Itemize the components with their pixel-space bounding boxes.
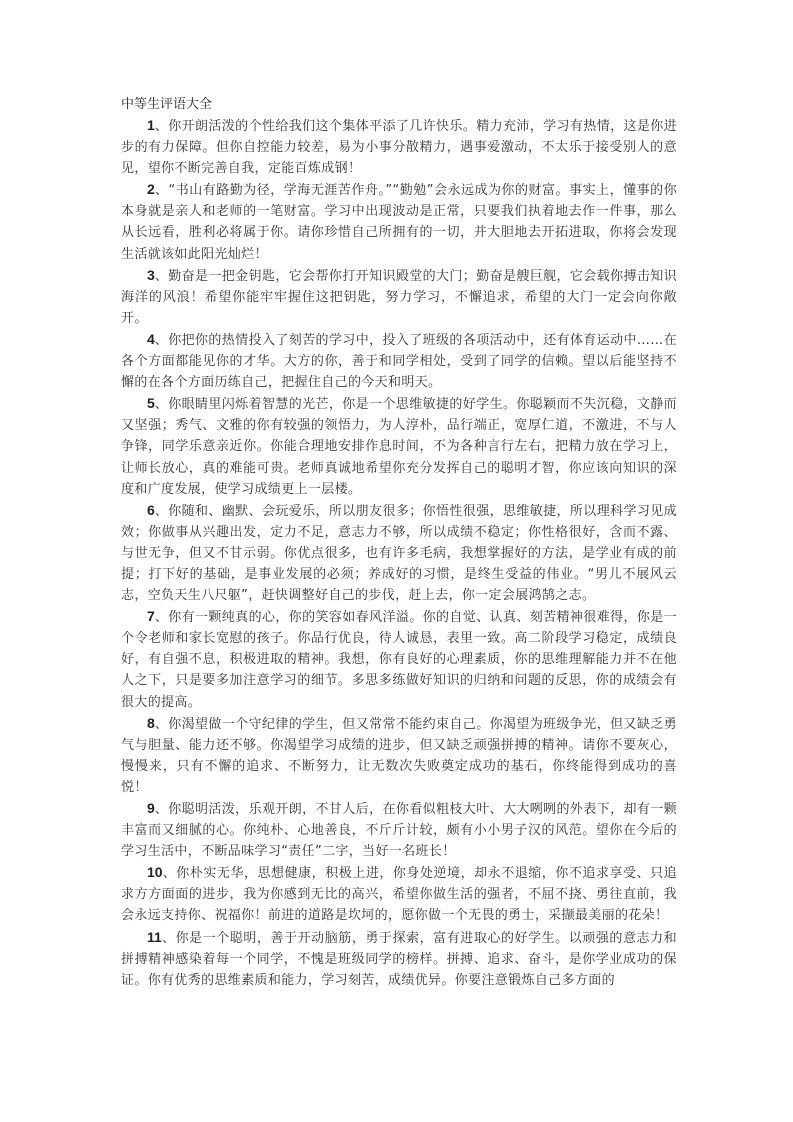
paragraph-text: 、你随和、幽默、会玩爱乐，所以朋友很多；你悟性很强，思维敏捷，所以理科学习见成效… [121, 504, 677, 603]
paragraph-text: 、你聪明活泼，乐观开朗，不甘人后，在你看似粗枝大叶、大大咧咧的外表下，却有一颗丰… [121, 802, 677, 859]
comment-paragraph-3: 3、勤奋是一把金钥匙，它会帮你打开知识殿堂的大门；勤奋是艘巨舰，它会载你搏击知识… [121, 265, 677, 329]
document-title: 中等生评语大全 [121, 94, 677, 115]
paragraph-text: 、你有一颗纯真的心，你的笑容如春风洋溢。你的自觉、认真、刻苦精神很难得，你是一个… [121, 610, 677, 709]
comment-paragraph-1: 1、你开朗活泼的个性给我们这个集体平添了几许快乐。精力充沛，学习有热情，这是你进… [121, 115, 677, 179]
comment-paragraph-11: 11、你是一个聪明，善于开动脑筋，勇于探索，富有进取心的好学生。以顽强的意志力和… [121, 927, 677, 991]
paragraph-number: 9 [147, 800, 155, 816]
paragraph-number: 2 [147, 181, 155, 197]
paragraph-number: 1 [147, 117, 155, 133]
paragraph-number: 8 [147, 715, 155, 731]
paragraph-number: 11 [147, 929, 162, 945]
paragraph-text: 、你开朗活泼的个性给我们这个集体平添了几许快乐。精力充沛，学习有热情，这是你进步… [121, 119, 677, 176]
paragraph-text: 、你把你的热情投入了刻苦的学习中，投入了班级的各项活动中，还有体育运动中……在各… [121, 333, 677, 390]
document-page: 中等生评语大全 1、你开朗活泼的个性给我们这个集体平添了几许快乐。精力充沛，学习… [121, 94, 677, 991]
comment-paragraph-10: 10、你朴实无华，思想健康，积极上进，你身处逆境，却永不退缩，你不追求享受、只追… [121, 862, 677, 926]
comment-paragraph-8: 8、你渴望做一个守纪律的学生，但又常常不能约束自己。你渴望为班级争光，但又缺乏勇… [121, 713, 677, 798]
paragraph-number: 6 [147, 502, 155, 518]
comment-paragraph-5: 5、你眼睛里闪烁着智慧的光芒，你是一个思维敏捷的好学生。你聪颖而不失沉稳，文静而… [121, 393, 677, 499]
comment-paragraph-7: 7、你有一颗纯真的心，你的笑容如春风洋溢。你的自觉、认真、刻苦精神很难得，你是一… [121, 606, 677, 712]
comment-paragraph-2: 2、“书山有路勤为径，学海无涯苦作舟。”“勤勉”会永远成为你的财富。事实上，懂事… [121, 179, 677, 264]
paragraph-number: 5 [147, 395, 155, 411]
paragraph-text: 、“书山有路勤为径，学海无涯苦作舟。”“勤勉”会永远成为你的财富。事实上，懂事的… [121, 183, 677, 261]
comment-paragraph-4: 4、你把你的热情投入了刻苦的学习中，投入了班级的各项活动中，还有体育运动中……在… [121, 329, 677, 393]
paragraph-number: 4 [147, 331, 155, 347]
paragraph-text: 、勤奋是一把金钥匙，它会帮你打开知识殿堂的大门；勤奋是艘巨舰，它会载你搏击知识海… [121, 269, 677, 326]
comment-paragraph-6: 6、你随和、幽默、会玩爱乐，所以朋友很多；你悟性很强，思维敏捷，所以理科学习见成… [121, 500, 677, 606]
paragraph-text: 、你渴望做一个守纪律的学生，但又常常不能约束自己。你渴望为班级争光，但又缺乏勇气… [121, 717, 677, 795]
paragraph-number: 3 [147, 267, 155, 283]
paragraph-text: 、你是一个聪明，善于开动脑筋，勇于探索，富有进取心的好学生。以顽强的意志力和拼搏… [121, 931, 677, 988]
paragraph-number: 7 [147, 608, 155, 624]
paragraph-text: 、你朴实无华，思想健康，积极上进，你身处逆境，却永不退缩，你不追求享受、只追求方… [121, 866, 677, 923]
paragraph-number: 10 [147, 864, 163, 880]
comment-paragraph-9: 9、你聪明活泼，乐观开朗，不甘人后，在你看似粗枝大叶、大大咧咧的外表下，却有一颗… [121, 798, 677, 862]
paragraph-text: 、你眼睛里闪烁着智慧的光芒，你是一个思维敏捷的好学生。你聪颖而不失沉稳，文静而又… [121, 397, 677, 496]
